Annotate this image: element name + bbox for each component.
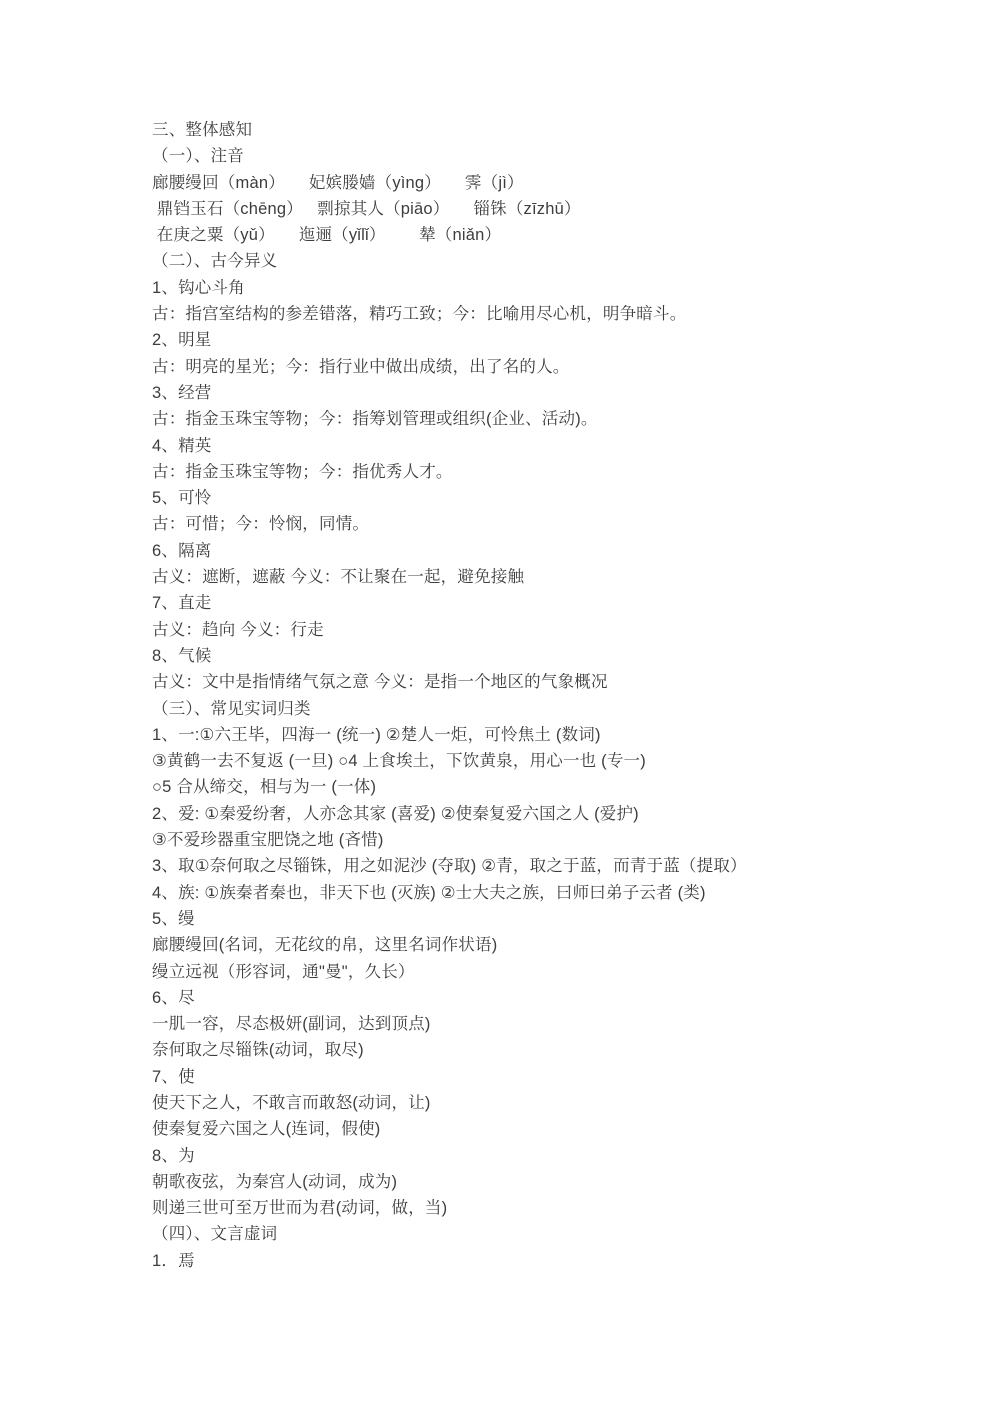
text-line: 2、明星 <box>152 327 932 353</box>
text-line: 8、为 <box>152 1143 932 1169</box>
text-line: 4、精英 <box>152 433 932 459</box>
text-line: 古义：遮断，遮蔽 今义：不让聚在一起，避免接触 <box>152 564 932 590</box>
text-line: 7、直走 <box>152 590 932 616</box>
text-line: 古：可惜；今：怜悯，同情。 <box>152 511 932 537</box>
text-line: 廊腰缦回（màn） 妃嫔媵嫱（yìng） 霁（jì） <box>152 170 932 196</box>
text-line: ○5 合从缔交，相与为一 (一体) <box>152 774 932 800</box>
text-line: 缦立远视（形容词，通"曼"，久长） <box>152 959 932 985</box>
text-line: 使天下之人，不敢言而敢怒(动词，让) <box>152 1090 932 1116</box>
text-line: 7、使 <box>152 1064 932 1090</box>
text-line: 古义：趋向 今义：行走 <box>152 617 932 643</box>
text-line: 古：指金玉珠宝等物；今：指筹划管理或组织(企业、活动)。 <box>152 406 932 432</box>
text-line: （三）、常见实词归类 <box>152 696 932 722</box>
text-line: 古：指金玉珠宝等物；今：指优秀人才。 <box>152 459 932 485</box>
text-line: 古：明亮的星光；今：指行业中做出成绩，出了名的人。 <box>152 354 932 380</box>
text-line: 使秦复爱六国之人(连词，假使) <box>152 1116 932 1142</box>
document-page: 三、整体感知（一）、注音廊腰缦回（màn） 妃嫔媵嫱（yìng） 霁（jì） 鼎… <box>0 0 1000 1414</box>
text-line: 1．焉 <box>152 1248 932 1274</box>
text-line: 则递三世可至万世而为君(动词，做，当) <box>152 1195 932 1221</box>
text-line: 三、整体感知 <box>152 117 932 143</box>
text-line: 奈何取之尽锱铢(动词，取尽) <box>152 1037 932 1063</box>
text-line: ③黄鹤一去不复返 (一旦) ○4 上食埃土，下饮黄泉，用心一也 (专一) <box>152 748 932 774</box>
text-line: 1、钩心斗角 <box>152 275 932 301</box>
text-line: （四）、文言虚词 <box>152 1221 932 1247</box>
text-line: 古：指宫室结构的参差错落，精巧工致；今：比喻用尽心机，明争暗斗。 <box>152 301 932 327</box>
text-line: 朝歌夜弦，为秦宫人(动词，成为) <box>152 1169 932 1195</box>
text-line: 1、一:①六王毕，四海一 (统一) ②楚人一炬，可怜焦土 (数词) <box>152 722 932 748</box>
text-line: 4、族: ①族秦者秦也，非天下也 (灭族) ②士大夫之族，曰师曰弟子云者 (类) <box>152 880 932 906</box>
text-line: 5、可怜 <box>152 485 932 511</box>
text-line: 在庚之粟（yǔ） 迤逦（yǐlǐ） 辇（niǎn） <box>152 222 932 248</box>
text-line: 8、气候 <box>152 643 932 669</box>
text-line: （一）、注音 <box>152 143 932 169</box>
text-line: 一肌一容，尽态极妍(副词，达到顶点) <box>152 1011 932 1037</box>
text-line: （二）、古今异义 <box>152 248 932 274</box>
text-line: 古义：文中是指情绪气氛之意 今义：是指一个地区的气象概况 <box>152 669 932 695</box>
text-line: 3、取①奈何取之尽锱铢，用之如泥沙 (夺取) ②青，取之于蓝，而青于蓝（提取） <box>152 853 932 879</box>
document-text-block: 三、整体感知（一）、注音廊腰缦回（màn） 妃嫔媵嫱（yìng） 霁（jì） 鼎… <box>152 117 932 1274</box>
text-line: 鼎铛玉石（chēng） 剽掠其人（piāo） 锱铢（zīzhū） <box>152 196 932 222</box>
text-line: ③不爱珍器重宝肥饶之地 (吝惜) <box>152 827 932 853</box>
text-line: 廊腰缦回(名词，无花纹的帛，这里名词作状语) <box>152 932 932 958</box>
text-line: 5、缦 <box>152 906 932 932</box>
text-line: 2、爱: ①秦爱纷奢，人亦念其家 (喜爱) ②使秦复爱六国之人 (爱护) <box>152 801 932 827</box>
text-line: 6、隔离 <box>152 538 932 564</box>
text-line: 6、尽 <box>152 985 932 1011</box>
text-line: 3、经营 <box>152 380 932 406</box>
